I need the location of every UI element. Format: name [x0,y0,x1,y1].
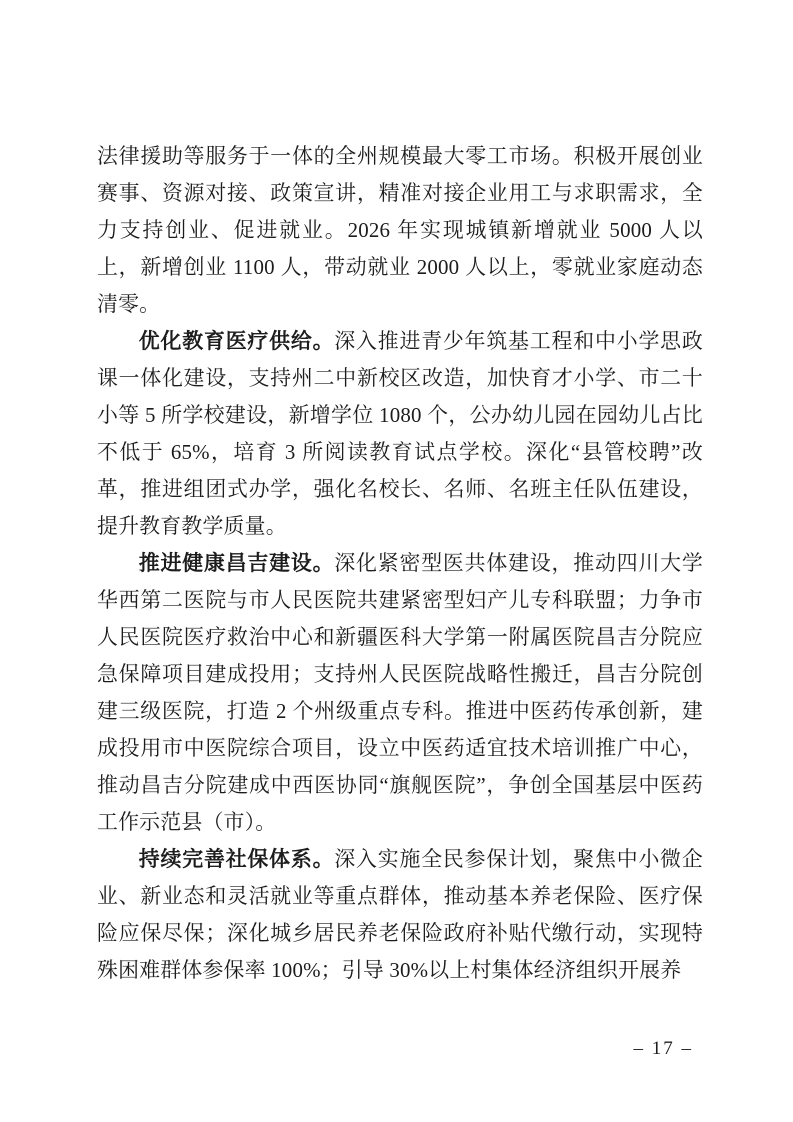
paragraph-education-health: 优化教育医疗供给。深入推进青少年筑基工程和中小学思政课一体化建设，支持州二中新校… [97,323,703,545]
paragraph-social-security: 持续完善社保体系。深入实施全民参保计划，聚焦中小微企业、新业态和灵活就业等重点群… [97,841,703,989]
document-page: 法律援助等服务于一体的全州规模最大零工市场。积极开展创业赛事、资源对接、政策宣讲… [0,0,793,1122]
paragraph-text: 法律援助等服务于一体的全州规模最大零工市场。积极开展创业赛事、资源对接、政策宣讲… [97,144,703,316]
paragraph-text: 深入推进青少年筑基工程和中小学思政课一体化建设，支持州二中新校区改造，加快育才小… [97,329,703,538]
paragraph-healthy-changji: 推进健康昌吉建设。深化紧密型医共体建设，推动四川大学华西第二医院与市人民医院共建… [97,545,703,841]
page-number: – 17 – [634,1036,694,1062]
paragraph-text: 深化紧密型医共体建设，推动四川大学华西第二医院与市人民医院共建紧密型妇产儿专科联… [97,551,703,834]
paragraph-lead-bold: 持续完善社保体系。 [139,847,335,871]
paragraph-lead-bold: 推进健康昌吉建设。 [139,551,335,575]
paragraph-lead-bold: 优化教育医疗供给。 [139,329,335,353]
page-body-text: 法律援助等服务于一体的全州规模最大零工市场。积极开展创业赛事、资源对接、政策宣讲… [97,138,703,989]
paragraph-continuation: 法律援助等服务于一体的全州规模最大零工市场。积极开展创业赛事、资源对接、政策宣讲… [97,138,703,323]
